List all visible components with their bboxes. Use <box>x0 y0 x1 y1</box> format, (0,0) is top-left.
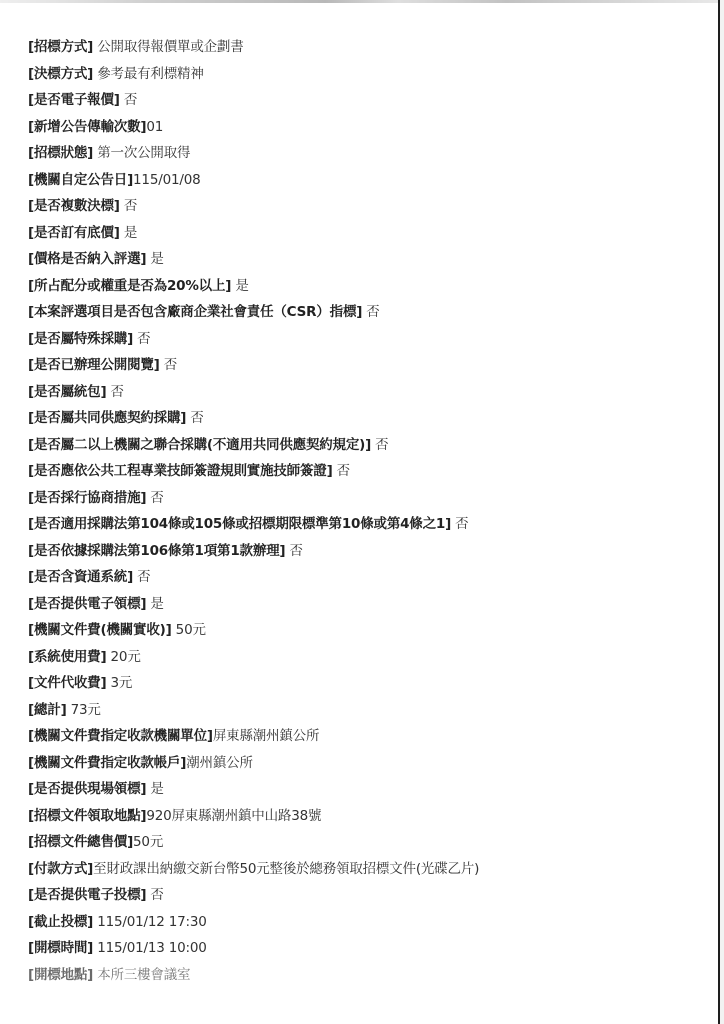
field-total: [總計] 73元 <box>28 697 708 724</box>
field-value: 第一次公開取得 <box>93 145 190 161</box>
field-ict-system: [是否含資通系統] 否 <box>28 564 708 591</box>
field-label: [是否提供現場領標] <box>28 781 146 797</box>
field-weight-over-20: [所占配分或權重是否為20%以上] 是 <box>28 273 708 300</box>
field-electronic-document-pickup: [是否提供電子領標] 是 <box>28 591 708 618</box>
field-value: 否 <box>371 437 388 453</box>
field-electronic-quote: [是否電子報價] 否 <box>28 87 708 114</box>
field-value: 01 <box>146 119 163 135</box>
field-label: [是否提供電子投標] <box>28 887 146 903</box>
field-article-104-105: [是否適用採購法第104條或105條或招標期限標準第10條或第4條之1] 否 <box>28 511 708 538</box>
field-tender-method: [招標方式] 公開取得報價單或企劃書 <box>28 34 708 61</box>
field-document-total-price: [招標文件總售價]50元 <box>28 829 708 856</box>
tender-announcement-document: [招標方式] 公開取得報價單或企劃書 [決標方式] 參考最有利標精神 [是否電子… <box>28 34 708 988</box>
field-label: [文件代收費] <box>28 675 106 691</box>
field-label: [是否屬共同供應契約採購] <box>28 410 186 426</box>
field-label: [是否提供電子領標] <box>28 596 146 612</box>
field-label: [本案評選項目是否包含廠商企業社會責任（CSR）指標] <box>28 304 362 320</box>
field-value: 是 <box>146 251 163 267</box>
field-label: [機關文件費指定收款帳戶] <box>28 755 186 771</box>
field-label: [招標狀態] <box>28 145 93 161</box>
field-opening-location: [開標地點] 本所三樓會議室 <box>28 962 708 989</box>
field-value: 潮州鎮公所 <box>186 755 253 771</box>
field-pickup-location: [招標文件領取地點]920屏東縣潮州鎮中山路38號 <box>28 803 708 830</box>
field-label: [決標方式] <box>28 66 93 82</box>
field-payment-method: [付款方式]至財政課出納繳交新台幣50元整後於總務領取招標文件(光碟乙片) <box>28 856 708 883</box>
field-value: 是 <box>146 596 163 612</box>
field-csr-indicator: [本案評選項目是否包含廠商企業社會責任（CSR）指標] 否 <box>28 299 708 326</box>
scan-right-margin <box>720 0 724 1024</box>
field-label: [是否屬統包] <box>28 384 106 400</box>
field-label: [所占配分或權重是否為20%以上] <box>28 278 231 294</box>
field-price-in-evaluation: [價格是否納入評選] 是 <box>28 246 708 273</box>
field-article-106: [是否依據採購法第106條第1項第1款辦理] 否 <box>28 538 708 565</box>
field-multiple-award: [是否複數決標] 否 <box>28 193 708 220</box>
scan-right-edge-line <box>718 0 720 1024</box>
field-label: [機關文件費指定收款機關單位] <box>28 728 213 744</box>
field-value: 73元 <box>67 702 101 718</box>
field-label: [是否已辦理公開閱覽] <box>28 357 160 373</box>
field-label: [新增公告傳輸次數] <box>28 119 146 135</box>
field-label: [價格是否納入評選] <box>28 251 146 267</box>
field-public-review: [是否已辦理公開閱覽] 否 <box>28 352 708 379</box>
field-award-method: [決標方式] 參考最有利標精神 <box>28 61 708 88</box>
field-label: [是否含資通系統] <box>28 569 133 585</box>
field-value: 本所三樓會議室 <box>93 967 190 983</box>
field-turnkey: [是否屬統包] 否 <box>28 379 708 406</box>
field-value: 否 <box>285 543 302 559</box>
field-value: 否 <box>186 410 203 426</box>
field-tender-status: [招標狀態] 第一次公開取得 <box>28 140 708 167</box>
field-value: 920屏東縣潮州鎮中山路38號 <box>146 808 321 824</box>
field-label: [開標時間] <box>28 940 93 956</box>
field-value: 否 <box>160 357 177 373</box>
field-label: [是否複數決標] <box>28 198 120 214</box>
field-value: 是 <box>146 781 163 797</box>
field-label: [機關自定公告日] <box>28 172 133 188</box>
field-value: 115/01/08 <box>133 172 200 188</box>
field-negotiation-measures: [是否採行協商措施] 否 <box>28 485 708 512</box>
field-label: [總計] <box>28 702 67 718</box>
field-engineer-certification: [是否應依公共工程專業技師簽證規則實施技師簽證] 否 <box>28 458 708 485</box>
field-value: 3元 <box>106 675 132 691</box>
field-value: 否 <box>133 331 150 347</box>
field-label: [是否屬二以上機關之聯合採購(不適用共同供應契約規定)] <box>28 437 371 453</box>
field-value: 50元 <box>172 622 206 638</box>
field-agency-document-fee: [機關文件費(機關實收)] 50元 <box>28 617 708 644</box>
field-label: [是否電子報價] <box>28 92 120 108</box>
field-label: [付款方式] <box>28 861 93 877</box>
field-label: [是否屬特殊採購] <box>28 331 133 347</box>
field-announcement-date: [機關自定公告日]115/01/08 <box>28 167 708 194</box>
field-system-fee: [系統使用費] 20元 <box>28 644 708 671</box>
field-label: [招標文件領取地點] <box>28 808 146 824</box>
field-value: 115/01/13 10:00 <box>93 940 207 956</box>
field-label: [系統使用費] <box>28 649 106 665</box>
field-value: 否 <box>106 384 123 400</box>
field-label: [是否應依公共工程專業技師簽證規則實施技師簽證] <box>28 463 333 479</box>
field-label: [是否採行協商措施] <box>28 490 146 506</box>
field-payee-account: [機關文件費指定收款帳戶]潮州鎮公所 <box>28 750 708 777</box>
field-value: 115/01/12 17:30 <box>93 914 207 930</box>
field-collection-fee: [文件代收費] 3元 <box>28 670 708 697</box>
field-value: 至財政課出納繳交新台幣50元整後於總務領取招標文件(光碟乙片) <box>93 861 479 877</box>
field-value: 20元 <box>106 649 140 665</box>
field-label: [招標方式] <box>28 39 93 55</box>
field-value: 否 <box>451 516 468 532</box>
field-transmission-count: [新增公告傳輸次數]01 <box>28 114 708 141</box>
field-label: [是否適用採購法第104條或105條或招標期限標準第10條或第4條之1] <box>28 516 451 532</box>
field-joint-procurement: [是否屬二以上機關之聯合採購(不適用共同供應契約規定)] 否 <box>28 432 708 459</box>
field-value: 否 <box>146 490 163 506</box>
field-label: [招標文件總售價] <box>28 834 133 850</box>
field-special-procurement: [是否屬特殊採購] 否 <box>28 326 708 353</box>
field-value: 參考最有利標精神 <box>93 66 204 82</box>
field-label: [機關文件費(機關實收)] <box>28 622 172 638</box>
field-onsite-pickup: [是否提供現場領標] 是 <box>28 776 708 803</box>
field-value: 否 <box>120 92 137 108</box>
field-value: 否 <box>333 463 350 479</box>
field-value: 公開取得報價單或企劃書 <box>93 39 243 55</box>
field-base-price: [是否訂有底價] 是 <box>28 220 708 247</box>
field-bid-deadline: [截止投標] 115/01/12 17:30 <box>28 909 708 936</box>
field-label: [開標地點] <box>28 967 93 983</box>
field-value: 否 <box>146 887 163 903</box>
field-value: 是 <box>120 225 137 241</box>
field-label: [是否依據採購法第106條第1項第1款辦理] <box>28 543 285 559</box>
field-payee-unit: [機關文件費指定收款機關單位]屏東縣潮州鎮公所 <box>28 723 708 750</box>
field-value: 否 <box>362 304 379 320</box>
field-value: 否 <box>133 569 150 585</box>
field-joint-supply-contract: [是否屬共同供應契約採購] 否 <box>28 405 708 432</box>
field-value: 屏東縣潮州鎮公所 <box>213 728 319 744</box>
field-value: 是 <box>231 278 248 294</box>
field-value: 否 <box>120 198 137 214</box>
field-label: [是否訂有底價] <box>28 225 120 241</box>
field-label: [截止投標] <box>28 914 93 930</box>
field-opening-time: [開標時間] 115/01/13 10:00 <box>28 935 708 962</box>
field-electronic-bidding: [是否提供電子投標] 否 <box>28 882 708 909</box>
field-value: 50元 <box>133 834 163 850</box>
scan-top-edge <box>0 0 724 3</box>
